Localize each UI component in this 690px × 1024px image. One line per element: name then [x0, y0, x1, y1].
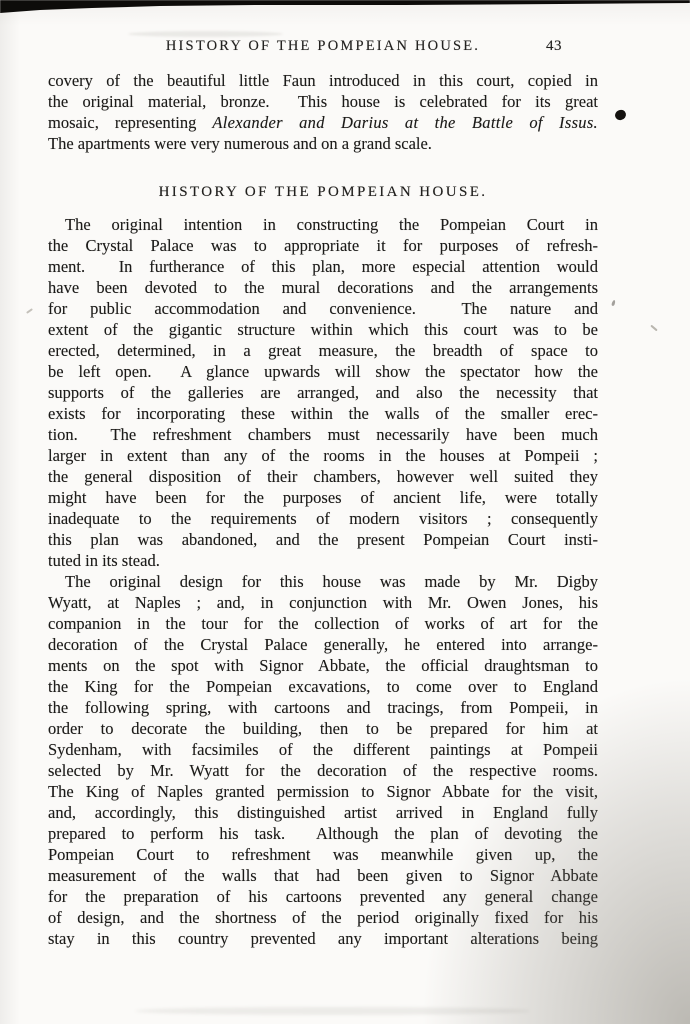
text-line: ment. In furtherance of this plan, more …	[48, 256, 598, 277]
book-page-scan: HISTORY OF THE POMPEIAN HOUSE. 43 covery…	[0, 0, 690, 1024]
scan-smudge	[128, 31, 283, 37]
text-line: erected, determined, in a great measure,…	[48, 340, 598, 361]
text-line: be left open. A glance upwards will show…	[48, 361, 598, 382]
text-line: the Crystal Palace was to appropriate it…	[48, 235, 598, 256]
scan-speck	[26, 308, 33, 314]
paragraph-continuation: covery of the beautiful little Faun intr…	[48, 70, 598, 154]
text-line: inadequate to the requirements of modern…	[48, 508, 598, 529]
text-line: for public accommodation and convenience…	[48, 298, 598, 319]
text-line: The original intention in constructing t…	[48, 214, 598, 235]
text-line: this plan was abandoned, and the present…	[48, 529, 598, 550]
text-line: larger in extent than any of the rooms i…	[48, 445, 598, 466]
text-line: The apartments were very numerous and on…	[48, 133, 598, 154]
scan-smudge	[135, 1007, 530, 1015]
text-line: tuted in its stead.	[48, 550, 598, 571]
scan-edge-artifact	[0, 0, 690, 15]
text-line: extent of the gigantic structure within …	[48, 319, 598, 340]
text-line: the original material, bronze. This hous…	[48, 91, 598, 112]
running-header-title: HISTORY OF THE POMPEIAN HOUSE.	[166, 38, 480, 54]
text-line: covery of the beautiful little Faun intr…	[48, 70, 598, 91]
text-line: mosaic, representing Alexander and Dariu…	[48, 112, 598, 133]
text-line: The original design for this house was m…	[48, 571, 598, 592]
scan-corner-shadow	[380, 624, 690, 1024]
paragraph: The original intention in constructing t…	[48, 214, 598, 571]
text-line: exists for incorporating these within th…	[48, 403, 598, 424]
text-line: tion. The refreshment chambers must nece…	[48, 424, 598, 445]
section-heading: HISTORY OF THE POMPEIAN HOUSE.	[48, 184, 598, 201]
page-number: 43	[546, 38, 562, 55]
scan-speck	[650, 325, 657, 332]
ink-dot-artifact	[614, 109, 627, 121]
text-line: Wyatt, at Naples ; and, in conjunction w…	[48, 592, 598, 613]
running-header: HISTORY OF THE POMPEIAN HOUSE. 43	[48, 38, 598, 55]
text-line: the general disposition of their chamber…	[48, 466, 598, 487]
text-line: have been devoted to the mural decoratio…	[48, 277, 598, 298]
text-line: might have been for the purposes of anci…	[48, 487, 598, 508]
text-line: supports of the galleries are arranged, …	[48, 382, 598, 403]
ink-speck	[611, 300, 616, 307]
